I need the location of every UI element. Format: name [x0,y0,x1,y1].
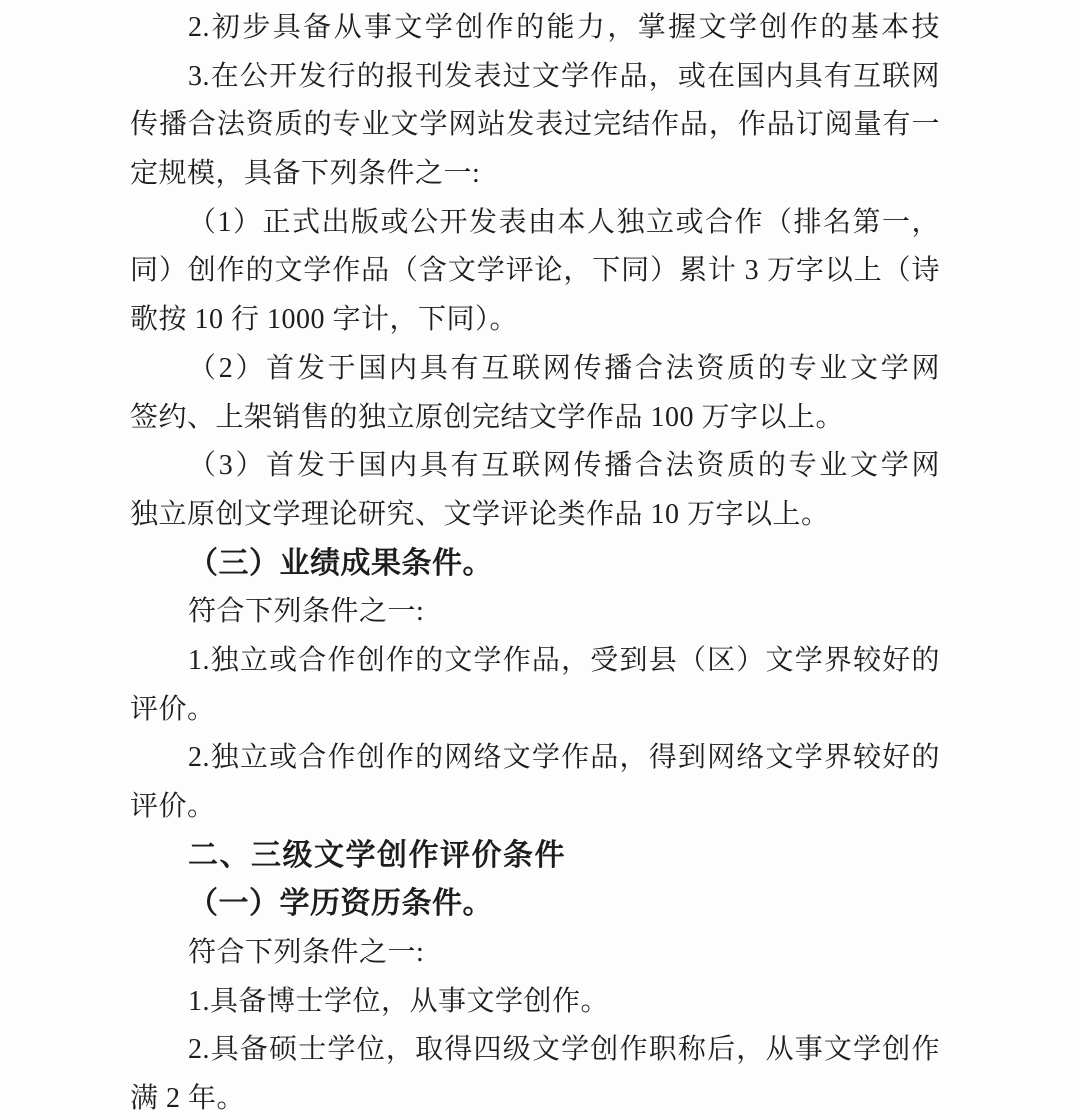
text-line: 评价。 [130,686,940,735]
para-achievement-1-county-praise: 1.独立或合作创作的文学作品，受到县（区）文学界较好的评价。 [130,637,940,734]
text-line: 传播合法资质的专业文学网站发表过完结作品，作品订阅量有一 [130,101,940,150]
text-line: 独立原创文学理论研究、文学评论类作品 10 万字以上。 [130,491,940,540]
text-line: 二、三级文学创作评价条件 [130,832,940,881]
text-line: 评价。 [130,783,940,832]
text-line: 符合下列条件之一: [130,929,940,978]
text-line: 1.具备博士学位，从事文学创作。 [130,978,940,1027]
para-subitem-3-web-criticism: （3）首发于国内具有互联网传播合法资质的专业文学网站，独立原创文学理论研究、文学… [130,442,940,539]
heading-3-achievement-conditions: （三）业绩成果条件。 [130,540,940,589]
text-line: 满 2 年。 [130,1075,940,1120]
text-line: 歌按 10 行 1000 字计，下同）。 [130,296,940,345]
heading-1-education-seniority: （一）学历资历条件。 [130,880,940,929]
text-line: （1）正式出版或公开发表由本人独立或合作（排名第一，下 [130,199,940,248]
text-line: 1.独立或合作创作的文学作品，受到县（区）文学界较好的 [130,637,940,686]
para-meet-one-of-following-2: 符合下列条件之一: [130,929,940,978]
para-education-2-masters: 2.具备硕士学位，取得四级文学创作职称后，从事文学创作满 2 年。 [130,1026,940,1120]
para-achievement-2-web-praise: 2.独立或合作创作的网络文学作品，得到网络文学界较好的评价。 [130,734,940,831]
text-line: （3）首发于国内具有互联网传播合法资质的专业文学网站， [130,442,940,491]
para-meet-one-of-following-1: 符合下列条件之一: [130,588,940,637]
heading-section-2-level3-criteria: 二、三级文学创作评价条件 [130,832,940,881]
para-subitem-2-web-fiction: （2）首发于国内具有互联网传播合法资质的专业文学网站，签约、上架销售的独立原创完… [130,345,940,442]
document-body: 2.初步具备从事文学创作的能力，掌握文学创作的基本技巧。3.在公开发行的报刊发表… [130,4,940,1120]
text-line: 3.在公开发行的报刊发表过文学作品，或在国内具有互联网 [130,53,940,102]
text-line: 符合下列条件之一: [130,588,940,637]
text-line: （2）首发于国内具有互联网传播合法资质的专业文学网站， [130,345,940,394]
text-line: 2.初步具备从事文学创作的能力，掌握文学创作的基本技巧。 [130,4,940,53]
text-line: 签约、上架销售的独立原创完结文学作品 100 万字以上。 [130,394,940,443]
text-line: （三）业绩成果条件。 [130,540,940,589]
para-item3-publication: 3.在公开发行的报刊发表过文学作品，或在国内具有互联网传播合法资质的专业文学网站… [130,53,940,199]
text-line: 同）创作的文学作品（含文学评论，下同）累计 3 万字以上（诗 [130,247,940,296]
text-line: 2.独立或合作创作的网络文学作品，得到网络文学界较好的 [130,734,940,783]
para-subitem-1-published-works: （1）正式出版或公开发表由本人独立或合作（排名第一，下同）创作的文学作品（含文学… [130,199,940,345]
text-line: （一）学历资历条件。 [130,880,940,929]
para-education-1-doctorate: 1.具备博士学位，从事文学创作。 [130,978,940,1027]
para-item2-basic-skill: 2.初步具备从事文学创作的能力，掌握文学创作的基本技巧。 [130,4,940,53]
text-line: 2.具备硕士学位，取得四级文学创作职称后，从事文学创作 [130,1026,940,1075]
document-page: 2.初步具备从事文学创作的能力，掌握文学创作的基本技巧。3.在公开发行的报刊发表… [0,0,1080,1120]
text-line: 定规模，具备下列条件之一: [130,150,940,199]
